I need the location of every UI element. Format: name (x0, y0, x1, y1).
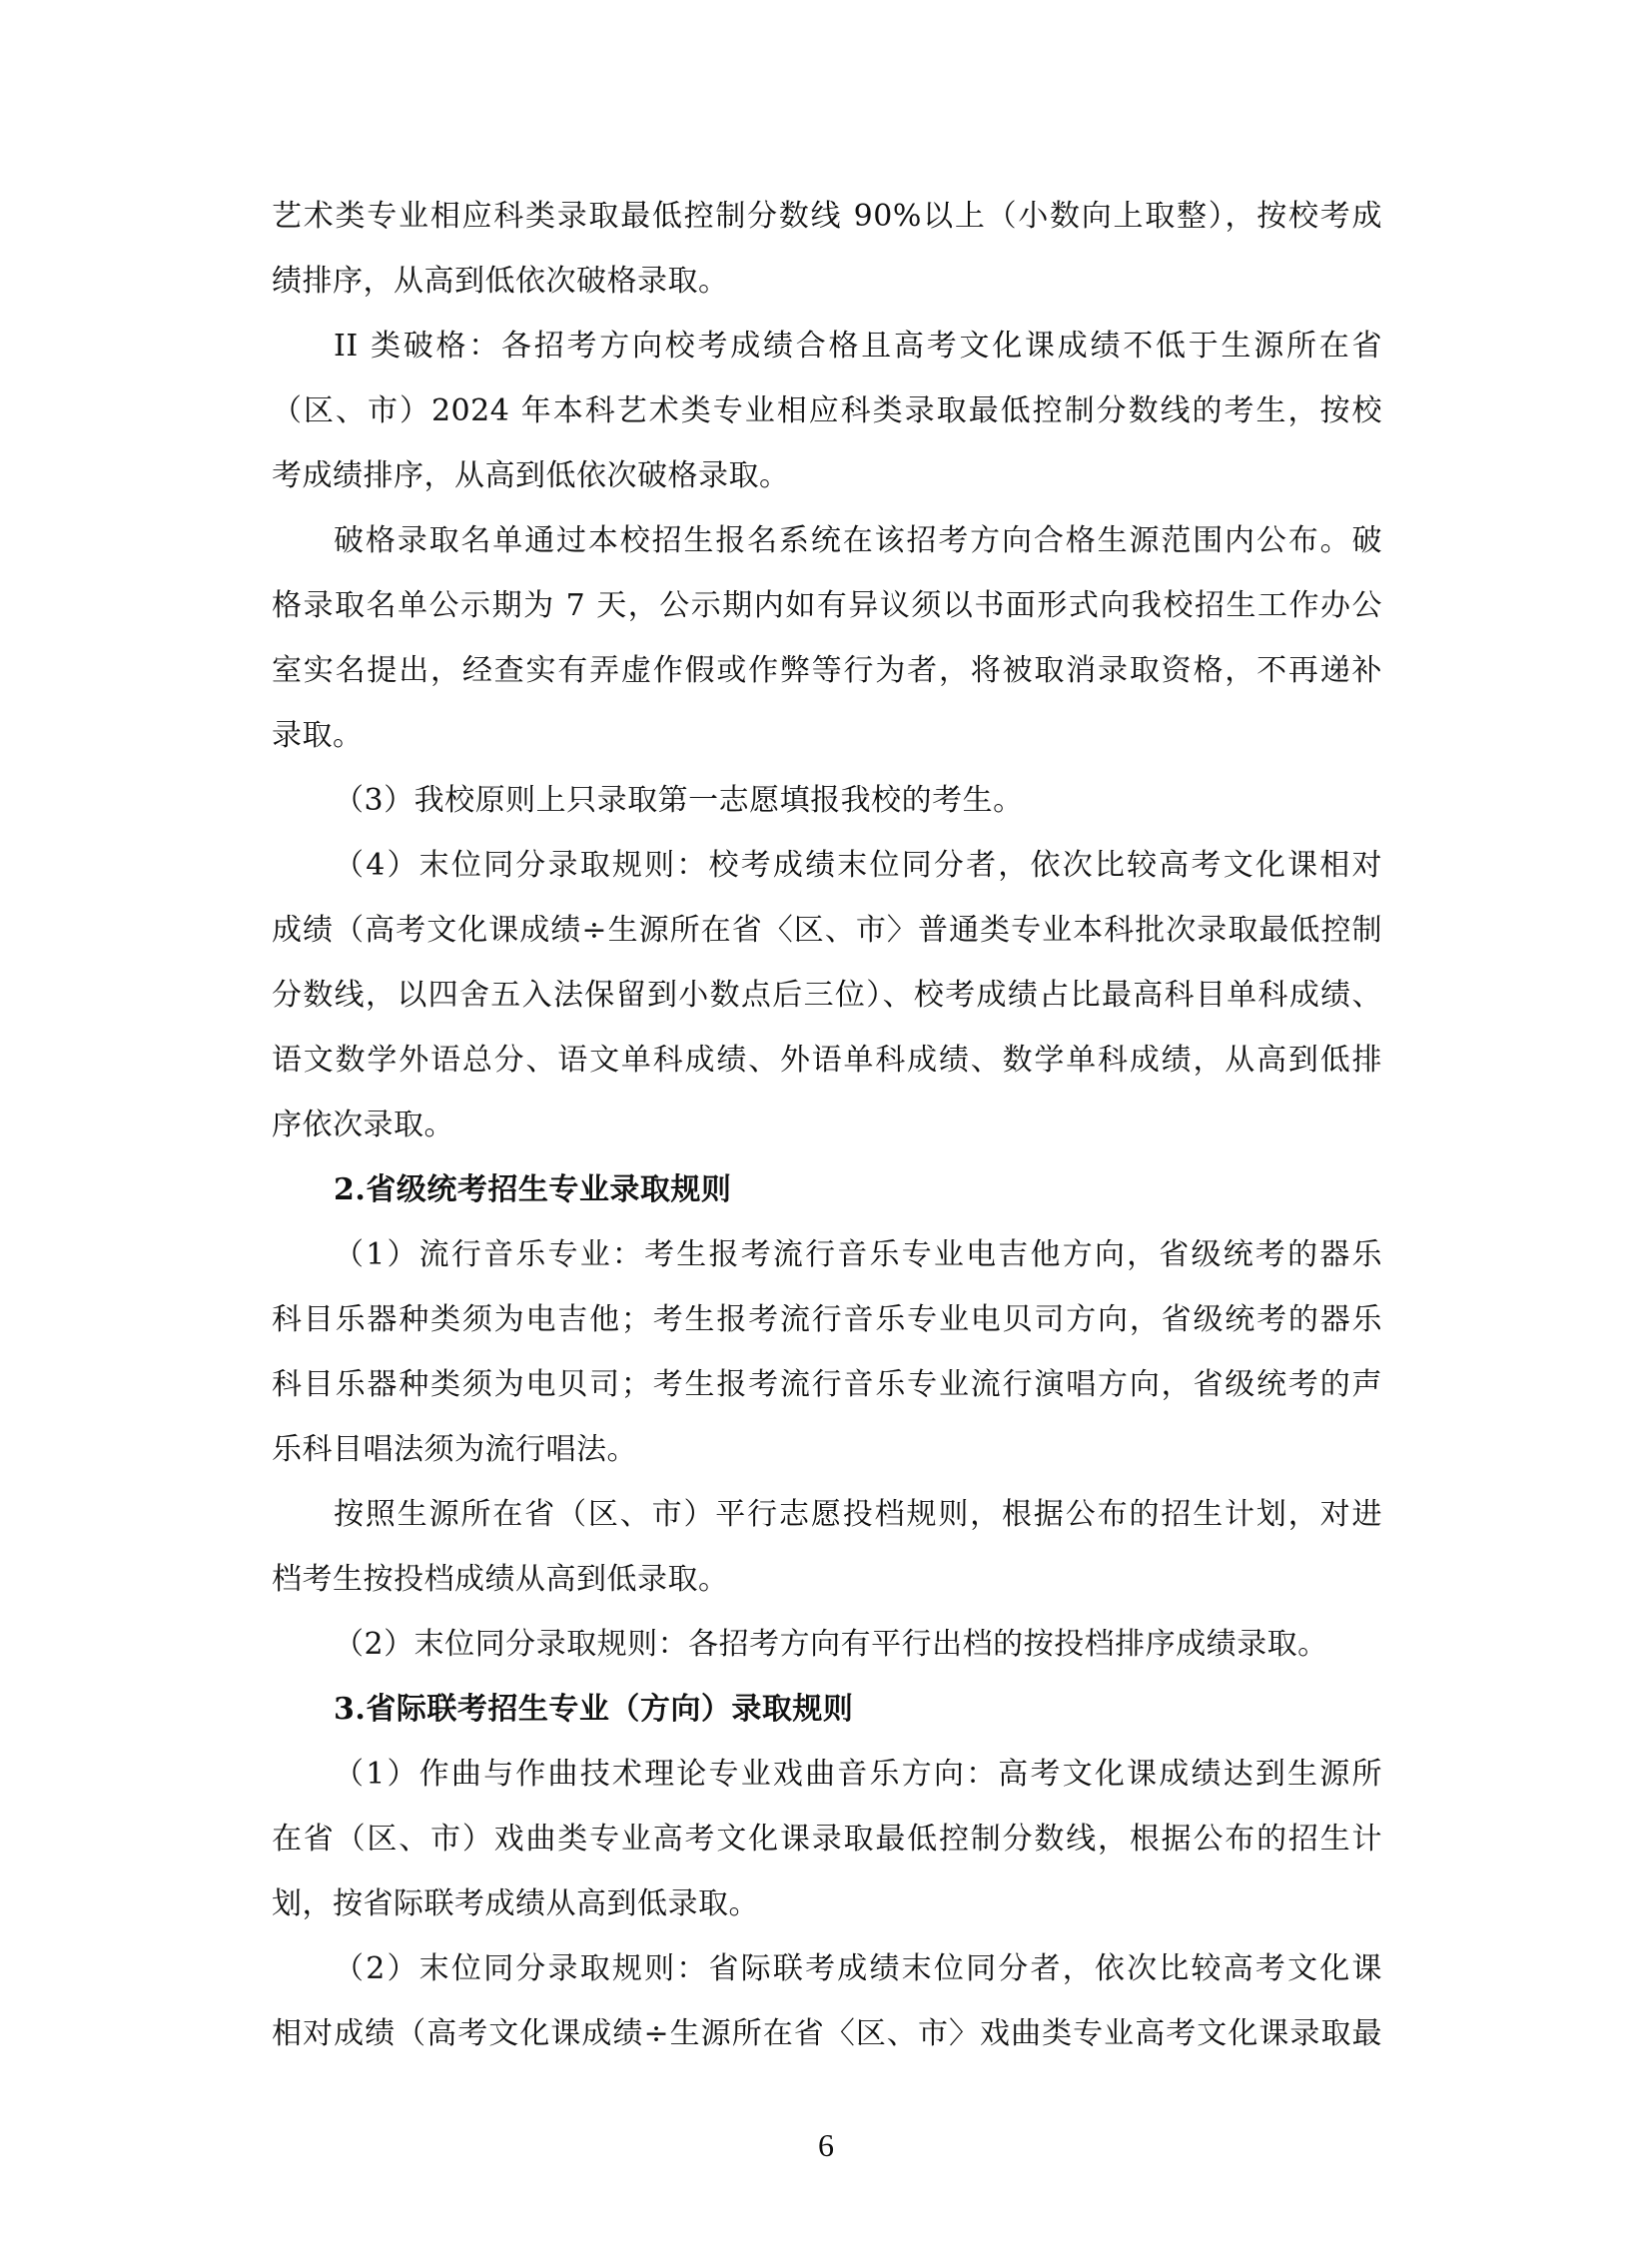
text-line: 按照生源所在省（区、市）平行志愿投档规则，根据公布的招生计划，对进 (334, 1495, 1382, 1535)
text-line: 艺术类专业相应科类录取最低控制分数线 90%以上（小数向上取整），按校考成 (272, 197, 1382, 237)
text-line: 在省（区、市）戏曲类专业高考文化课录取最低控制分数线，根据公布的招生计 (272, 1820, 1382, 1860)
text-line: 考成绩排序，从高到低依次破格录取。 (272, 456, 1382, 496)
document-page: 艺术类专业相应科类录取最低控制分数线 90%以上（小数向上取整），按校考成绩排序… (0, 0, 1652, 2241)
text-line: 序依次录取。 (272, 1106, 1382, 1145)
text-line: 相对成绩（高考文化课成绩÷生源所在省〈区、市〉戏曲类专业高考文化课录取最 (272, 2014, 1382, 2054)
text-line: 破格录取名单通过本校招生报名系统在该招考方向合格生源范围内公布。破 (334, 521, 1382, 561)
text-line: II 类破格：各招考方向校考成绩合格且高考文化课成绩不低于生源所在省 (334, 327, 1382, 367)
text-line: （4）末位同分录取规则：校考成绩末位同分者，依次比较高考文化课相对 (334, 846, 1382, 886)
text-line: 科目乐器种类须为电吉他；考生报考流行音乐专业电贝司方向，省级统考的器乐 (272, 1300, 1382, 1340)
text-line: 语文数学外语总分、语文单科成绩、外语单科成绩、数学单科成绩，从高到低排 (272, 1041, 1382, 1081)
text-line: 成绩（高考文化课成绩÷生源所在省〈区、市〉普通类专业本科批次录取最低控制 (272, 911, 1382, 951)
section-heading: 3.省际联考招生专业（方向）录取规则 (334, 1690, 1382, 1730)
text-line: （区、市）2024 年本科艺术类专业相应科类录取最低控制分数线的考生，按校 (272, 391, 1382, 431)
section-heading: 2.省级统考招生专业录取规则 (334, 1170, 1382, 1210)
text-line: 乐科目唱法须为流行唱法。 (272, 1430, 1382, 1470)
text-line: 绩排序，从高到低依次破格录取。 (272, 262, 1382, 302)
text-line: 室实名提出，经查实有弄虚作假或作弊等行为者，将被取消录取资格，不再递补 (272, 651, 1382, 691)
text-line: （3）我校原则上只录取第一志愿填报我校的考生。 (334, 781, 1382, 821)
text-line: （2）末位同分录取规则：省际联考成绩末位同分者，依次比较高考文化课 (334, 1949, 1382, 1989)
text-line: （2）末位同分录取规则：各招考方向有平行出档的按投档排序成绩录取。 (334, 1625, 1382, 1665)
text-line: 分数线，以四舍五入法保留到小数点后三位）、校考成绩占比最高科目单科成绩、 (272, 976, 1382, 1016)
text-line: 格录取名单公示期为 7 天，公示期内如有异议须以书面形式向我校招生工作办公 (272, 586, 1382, 626)
text-line: （1）流行音乐专业：考生报考流行音乐专业电吉他方向，省级统考的器乐 (334, 1235, 1382, 1275)
text-line: 划，按省际联考成绩从高到低录取。 (272, 1884, 1382, 1924)
text-line: 录取。 (272, 716, 1382, 756)
text-line: （1）作曲与作曲技术理论专业戏曲音乐方向：高考文化课成绩达到生源所 (334, 1755, 1382, 1795)
page-number: 6 (0, 2125, 1652, 2165)
text-line: 科目乐器种类须为电贝司；考生报考流行音乐专业流行演唱方向，省级统考的声 (272, 1365, 1382, 1405)
text-line: 档考生按投档成绩从高到低录取。 (272, 1560, 1382, 1600)
